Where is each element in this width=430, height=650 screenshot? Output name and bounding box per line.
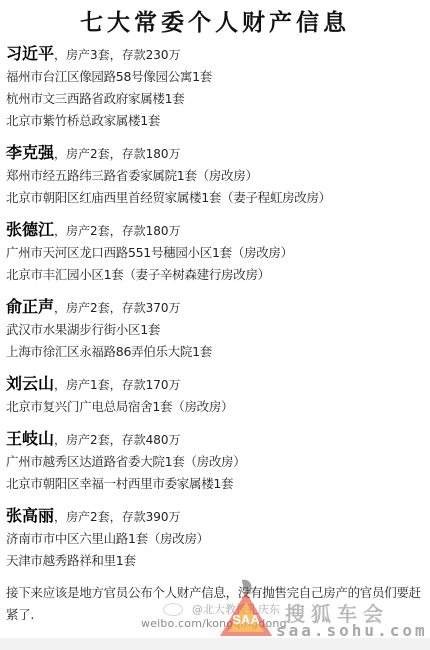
person-entry: 习近平，房产3套，存款230万 福州市台江区像园路58号像园公寓1套 杭州市文三…	[6, 42, 426, 132]
person-header: 张高丽，房产2套，存款390万	[6, 504, 426, 528]
property-line: 郑州市经五路纬三路省委家属院1套（房改房）	[6, 165, 426, 187]
property-line: 福州市台江区像园路58号像园公寓1套	[6, 66, 426, 88]
person-name: 张德江	[6, 220, 54, 239]
property-line: 北京市复兴门广电总局宿舍1套（房改房）	[6, 396, 426, 418]
person-header: 刘云山，房产1套，存款170万	[6, 372, 426, 396]
property-line: 济南市市中区六里山路1套（房改房）	[6, 528, 426, 550]
person-summary: ，房产2套，存款180万	[54, 224, 181, 238]
person-entry: 俞正声，房产2套，存款370万 武汉市水果湖步行街小区1套 上海市徐汇区永福路8…	[6, 295, 426, 363]
page-title: 七大常委个人财产信息	[0, 8, 430, 38]
person-header: 俞正声，房产2套，存款370万	[6, 295, 426, 319]
person-name: 习近平	[6, 44, 54, 63]
property-line: 天津市越秀路祥和里1套	[6, 550, 426, 572]
weibo-logo-icon	[163, 603, 183, 616]
property-line: 上海市徐汇区永福路86弄伯乐大院1套	[6, 341, 426, 363]
person-entry: 张德江，房产2套，存款180万 广州市天河区龙口西路551号穗园小区1套（房改房…	[6, 218, 426, 286]
person-header: 张德江，房产2套，存款180万	[6, 218, 426, 242]
person-summary: ，房产3套，存款230万	[54, 48, 181, 62]
person-summary: ，房产2套，存款390万	[54, 510, 181, 524]
person-name: 王岐山	[6, 429, 54, 448]
asset-list: 习近平，房产3套，存款230万 福州市台江区像园路58号像园公寓1套 杭州市文三…	[6, 42, 426, 581]
property-line: 广州市天河区龙口西路551号穗园小区1套（房改房）	[6, 242, 426, 264]
property-line: 北京市紫竹桥总政家属楼1套	[6, 110, 426, 132]
person-entry: 李克强，房产2套，存款180万 郑州市经五路纬三路省委家属院1套（房改房） 北京…	[6, 141, 426, 209]
property-line: 北京市朝阳区幸福一村西里市委家属楼1套	[6, 473, 426, 495]
svg-text:SAA: SAA	[232, 612, 260, 627]
person-summary: ，房产2套，存款480万	[54, 433, 181, 447]
person-name: 张高丽	[6, 506, 54, 525]
person-name: 刘云山	[6, 374, 54, 393]
property-line: 武汉市水果湖步行街小区1套	[6, 319, 426, 341]
person-name: 俞正声	[6, 297, 54, 316]
person-entry: 张高丽，房产2套，存款390万 济南市市中区六里山路1套（房改房） 天津市越秀路…	[6, 504, 426, 572]
saa-logo-icon: SAA	[216, 578, 276, 640]
person-summary: ，房产1套，存款170万	[54, 378, 181, 392]
person-summary: ，房产2套，存款370万	[54, 301, 181, 315]
sohu-url-watermark: saa.sohu.com	[276, 621, 428, 640]
person-entry: 刘云山，房产1套，存款170万 北京市复兴门广电总局宿舍1套（房改房）	[6, 372, 426, 418]
person-name: 李克强	[6, 143, 54, 162]
person-header: 李克强，房产2套，存款180万	[6, 141, 426, 165]
person-entry: 王岐山，房产2套，存款480万 广州市越秀区达道路省委大院1套（房改房） 北京市…	[6, 427, 426, 495]
property-line: 北京市朝阳区红庙西里首经贸家属楼1套（妻子程虹房改房）	[6, 187, 426, 209]
person-header: 习近平，房产3套，存款230万	[6, 42, 426, 66]
property-line: 北京市丰汇园小区1套（妻子辛树森建行房改房）	[6, 264, 426, 286]
property-line: 杭州市文三西路省政府家属楼1套	[6, 88, 426, 110]
property-line: 广州市越秀区达道路省委大院1套（房改房）	[6, 451, 426, 473]
person-header: 王岐山，房产2套，存款480万	[6, 427, 426, 451]
person-summary: ，房产2套，存款180万	[54, 147, 181, 161]
